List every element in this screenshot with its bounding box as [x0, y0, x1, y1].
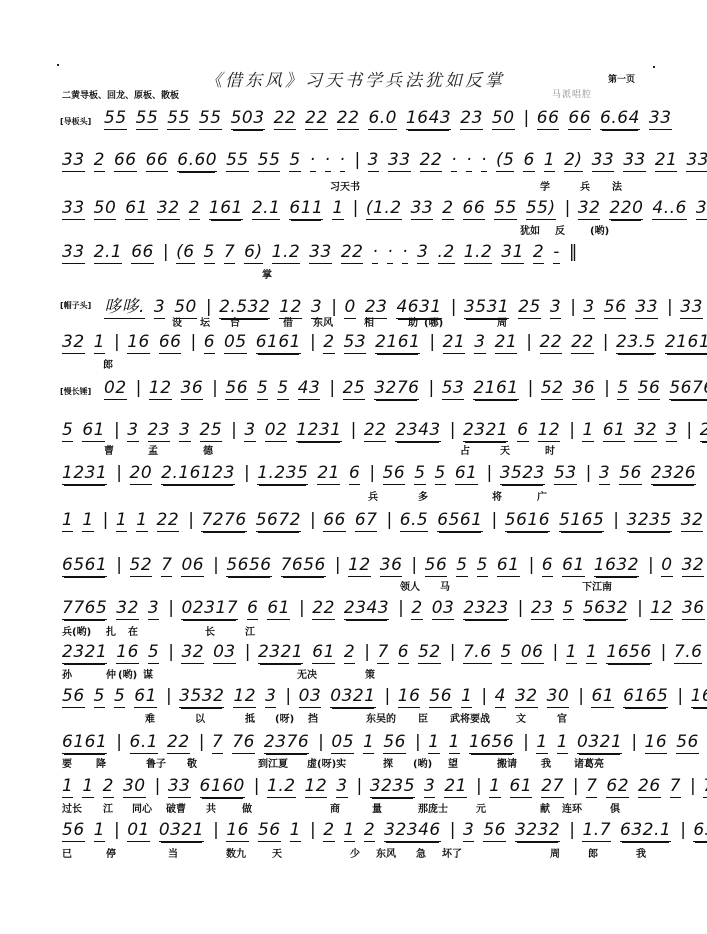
lyric-word: 那庞士: [418, 800, 448, 815]
note-group: 5: [94, 686, 105, 708]
barline: |: [103, 510, 109, 530]
note-group: 6160: [200, 776, 245, 798]
note-group: 3532: [179, 686, 224, 708]
lyric-line: 掌: [0, 266, 707, 282]
lyric-word: 坛: [200, 314, 210, 329]
barline: |: [318, 732, 324, 752]
lyric-word: 数九: [226, 845, 246, 860]
note-group: 6.0: [368, 108, 397, 130]
note-group: 2161: [375, 332, 420, 354]
page-number: 第一页: [608, 72, 635, 85]
lyric-word: 在: [128, 623, 138, 638]
note-group: 5672: [256, 510, 301, 532]
note-group: 12: [650, 598, 673, 620]
note-group: 1: [544, 150, 555, 172]
lyric-word: 郎: [588, 845, 598, 860]
note-group: 7765: [62, 598, 107, 620]
note-group: 1: [461, 686, 472, 708]
lyric-word: 诸葛亮: [574, 755, 604, 770]
note-group: 23: [148, 420, 171, 442]
barline: |: [492, 510, 498, 530]
note-group: 56: [258, 820, 281, 842]
note-group: 1: [449, 732, 460, 754]
barline: |: [569, 420, 575, 440]
note-group: 2): [564, 150, 582, 172]
note-group: 5165: [559, 510, 604, 532]
barline: |: [116, 555, 122, 575]
lyric-word: 习天书: [330, 178, 360, 193]
note-group: 3: [368, 150, 379, 172]
note-group: 03: [432, 598, 455, 620]
note-group: 32: [578, 198, 601, 220]
lyric-word: 敬: [187, 755, 197, 770]
note-group: 33: [592, 150, 615, 172]
note-group: 1: [582, 420, 593, 442]
note-group: 23.5: [616, 332, 656, 354]
note-group: 22: [540, 332, 563, 354]
lyric-line: 兵(哟)扎在长江: [0, 623, 707, 639]
barline: |: [168, 598, 174, 618]
barline: |: [553, 642, 559, 662]
note-group: 56: [225, 378, 248, 400]
note-group: 32: [634, 420, 657, 442]
note-group: 33: [62, 242, 85, 264]
note-group: 0321: [159, 820, 204, 842]
note-group: 27: [541, 776, 564, 798]
note-group: 2: [323, 332, 334, 354]
note-group: 1: [428, 732, 439, 754]
note-group: 16: [645, 732, 668, 754]
barline: |: [677, 686, 683, 706]
note-group: 02317: [181, 598, 238, 620]
note-group: 1: [116, 510, 127, 532]
note-group: 56: [619, 463, 642, 485]
lyric-line: 过长江同心破曹共做商量那庞士元献连环俱: [0, 800, 707, 816]
barline: |: [369, 463, 375, 483]
barline: |: [310, 332, 316, 352]
note-group: 1: [82, 776, 93, 798]
barline: |: [114, 820, 120, 840]
note-group: 7: [161, 555, 172, 577]
lyric-line: 犹如反(哟): [0, 222, 707, 238]
lyric-line: 已停当数九天少东风急坏了周郎我: [0, 845, 707, 861]
note-group: -: [553, 242, 560, 264]
lyric-word: (哪): [424, 314, 443, 329]
barline: |: [613, 510, 619, 530]
note-group: 32: [515, 686, 538, 708]
note-group: 1: [94, 332, 105, 354]
note-group: 76: [232, 732, 255, 754]
note-group: 30: [547, 686, 570, 708]
note-group: 0: [661, 555, 672, 577]
barline: |: [573, 776, 579, 796]
note-group: 56: [676, 732, 699, 754]
note-group: 6.64: [600, 108, 640, 130]
note-group: 55: [494, 198, 517, 220]
barline: |: [398, 598, 404, 618]
note-group: 7: [670, 776, 681, 798]
lyric-line: 设坛台借东风相助(哪)周: [0, 314, 707, 330]
note-group: ·: [387, 242, 393, 264]
barline: |: [604, 378, 610, 398]
note-group: 5616: [505, 510, 550, 532]
note-sequence: 332.166|(6576)1.23322···3.21.2312-‖: [62, 242, 650, 268]
lyric-line: 郎: [0, 356, 707, 372]
note-group: 53: [554, 463, 577, 485]
barline: |: [114, 420, 120, 440]
note-group: 7: [377, 642, 388, 664]
note-group: 56: [383, 463, 406, 485]
barline: |: [190, 332, 196, 352]
note-group: 53: [442, 378, 465, 400]
note-group: 3276: [374, 378, 419, 400]
note-group: 2323: [463, 598, 508, 620]
note-group: 25: [343, 378, 366, 400]
lyric-word: 虚(呀)实: [307, 755, 346, 770]
note-group: .2: [438, 242, 455, 264]
lyric-word: 探: [383, 755, 393, 770]
note-sequence: 565561|3532123|030321|16561|43230|616165…: [62, 686, 650, 712]
note-group: 33: [388, 150, 411, 172]
note-group: 2161: [665, 332, 707, 354]
barline: |: [212, 378, 218, 398]
note-group: 02: [104, 378, 127, 400]
note-group: 33: [309, 242, 332, 264]
note-sequence: 1231|202.16123|1.235216|565561|352353|35…: [62, 463, 650, 489]
lyric-word: 我: [636, 845, 646, 860]
note-group: 220: [609, 198, 643, 220]
note-sequence: 33266666.6055555···|33322···(5612)333321…: [62, 150, 650, 176]
note-group: 16: [226, 820, 249, 842]
note-group: 22: [420, 150, 443, 172]
note-group: 7.6: [674, 642, 703, 664]
note-group: 67: [355, 510, 378, 532]
lyric-word: 要: [62, 755, 72, 770]
note-group: 61: [125, 198, 148, 220]
note-group: 66: [463, 198, 486, 220]
note-group: 5: [204, 242, 215, 264]
lyric-line: 习天书学兵法: [0, 178, 707, 194]
note-group: 0321: [577, 732, 622, 754]
barline: |: [335, 555, 341, 575]
lyric-word: 俱: [610, 800, 620, 815]
note-group: 66: [146, 150, 169, 172]
note-group: 1612: [691, 686, 707, 708]
note-group: 61: [267, 598, 290, 620]
lyric-word: 掌: [262, 266, 272, 281]
note-group: 6: [204, 332, 215, 354]
lyric-word: 孟: [148, 442, 158, 457]
note-group: 2: [344, 642, 355, 664]
note-group: 1231: [62, 463, 107, 485]
note-group: 1: [94, 820, 105, 842]
note-group: 1: [489, 776, 500, 798]
note-group: 33: [686, 150, 707, 172]
note-group: 7: [586, 776, 597, 798]
lyric-word: 东风: [376, 845, 396, 860]
lyric-word: 江: [245, 623, 255, 638]
note-group: 22: [274, 108, 297, 130]
note-group: 6.5: [400, 510, 429, 532]
note-group: 22: [364, 420, 387, 442]
note-group: 5: [563, 598, 574, 620]
lyric-word: 学: [540, 178, 550, 193]
barline: |: [415, 732, 421, 752]
note-group: 2: [189, 198, 200, 220]
note-group: 03: [213, 642, 236, 664]
note-group: 12: [149, 378, 172, 400]
note-group: (5: [496, 150, 514, 172]
note-group: 1: [363, 732, 374, 754]
note-group: 22: [312, 598, 335, 620]
barline: |: [450, 420, 456, 440]
lyric-line: 领人马下江南: [0, 578, 707, 594]
lyric-word: 已: [62, 845, 72, 860]
note-group: 1: [62, 776, 73, 798]
lyric-word: 占: [460, 442, 470, 457]
note-group: 12: [348, 555, 371, 577]
lyric-word: 臣: [418, 710, 428, 725]
note-group: 50: [94, 198, 117, 220]
lyric-word: 周: [497, 314, 507, 329]
barline: |: [213, 555, 219, 575]
note-group: 1: [332, 198, 343, 220]
lyric-word: 官: [557, 710, 567, 725]
note-group: 6: [517, 420, 528, 442]
note-sequence: 2321165|3203|2321612|7652|7.6506|111656|…: [62, 642, 650, 668]
note-group: 55: [199, 108, 222, 130]
note-group: 7: [703, 776, 707, 798]
barline: |: [526, 332, 532, 352]
note-group: 12: [538, 420, 561, 442]
note-group: 2: [103, 776, 114, 798]
lyric-word: 领人: [400, 578, 420, 593]
lyric-word: 挡: [308, 710, 318, 725]
sheet-header: 《借东风》习天书学兵法犹如反掌 二黄导板、回龙、原板、散板 第一页 马派唱腔: [0, 60, 707, 110]
lyric-word: 犹如: [520, 222, 540, 237]
lyric-word: 武将要战: [450, 710, 490, 725]
note-group: 36: [682, 598, 705, 620]
note-group: 2321: [258, 642, 303, 664]
note-group: ·: [451, 150, 457, 172]
note-group: 55: [258, 150, 281, 172]
note-group: 66: [114, 150, 137, 172]
note-group: 1: [557, 732, 568, 754]
barline: |: [686, 420, 692, 440]
note-group: 32346: [384, 820, 441, 842]
barline: |: [481, 686, 487, 706]
lyric-word: 下江南: [582, 578, 612, 593]
note-group: 33: [411, 198, 434, 220]
note-group: 3: [244, 420, 255, 442]
barline: |: [351, 420, 357, 440]
note-group: 16: [398, 686, 421, 708]
note-group: 22: [571, 332, 594, 354]
note-group: 6: [398, 642, 409, 664]
note-group: ·: [402, 242, 408, 264]
note-sequence: 321|1666|6056161|2532161|21321|2222|23.5…: [62, 332, 650, 358]
note-group: 22: [167, 732, 190, 754]
lyric-word: 仲: [106, 666, 116, 681]
barline: |: [690, 776, 696, 796]
note-group: (6: [176, 242, 194, 264]
section-marker: [帽子头]: [60, 300, 91, 311]
note-group: 36: [181, 378, 204, 400]
note-group: 21: [444, 776, 467, 798]
note-group: 23: [460, 108, 483, 130]
note-group: 61: [603, 420, 626, 442]
lyric-word: 将: [492, 488, 502, 503]
note-group: 22: [337, 108, 360, 130]
note-group: 632.1: [620, 820, 671, 842]
barline: |: [565, 198, 571, 218]
lyric-word: 借: [283, 314, 293, 329]
note-group: 5: [148, 642, 159, 664]
note-group: 56: [429, 686, 452, 708]
note-group: 55: [104, 108, 127, 130]
lyric-word: 做: [242, 800, 252, 815]
note-group: 6: [349, 463, 360, 485]
barline: |: [213, 820, 219, 840]
barline: |: [586, 463, 592, 483]
note-group: 61: [510, 776, 533, 798]
note-group: 61: [562, 555, 585, 577]
note-group: 52: [418, 642, 441, 664]
lyric-word: 量: [372, 800, 382, 815]
lyric-line: 难以抵(呀)挡东吴的臣武将要战文官: [0, 710, 707, 726]
section-marker: [导板头]: [60, 116, 91, 127]
song-title: 《借东风》习天书学兵法犹如反掌: [205, 66, 505, 91]
note-group: 5: [501, 642, 512, 664]
note-group: 2343: [344, 598, 389, 620]
lyric-word: 谋: [143, 666, 153, 681]
lyric-word: 助: [408, 314, 418, 329]
lyric-word: 望: [448, 755, 458, 770]
note-group: 4..6: [652, 198, 686, 220]
note-group: 5: [277, 378, 288, 400]
lyric-word: 郎: [103, 356, 113, 371]
note-group: 2: [364, 820, 375, 842]
note-group: 161: [209, 198, 243, 220]
note-group: 5: [435, 463, 446, 485]
note-group: 0321: [330, 686, 375, 708]
note-group: 33: [623, 150, 646, 172]
lyric-word: 无决: [297, 666, 317, 681]
note-group: (1.2: [366, 198, 402, 220]
note-group: 1: [536, 732, 547, 754]
note-group: 05: [224, 332, 247, 354]
barline: |: [450, 642, 456, 662]
note-group: 56: [425, 555, 448, 577]
barline: |: [603, 332, 609, 352]
note-group: 6561: [437, 510, 482, 532]
note-group: 36: [572, 378, 595, 400]
note-group: 611: [289, 198, 323, 220]
note-group: ·: [372, 242, 378, 264]
section-marker: [慢长锤]: [60, 386, 91, 397]
note-group: 2.1: [252, 198, 281, 220]
lyric-word: 急: [416, 845, 426, 860]
note-sequence: 555555555032222226.016432350|66666.6433: [104, 108, 650, 134]
note-group: 6.60: [177, 150, 217, 172]
lyric-word: 鲁子: [146, 755, 166, 770]
note-group: 1: [566, 642, 577, 664]
lyric-word: 东风: [313, 314, 333, 329]
barline: |: [245, 642, 251, 662]
barline: |: [299, 598, 305, 618]
lyric-line: 兵多将广: [0, 488, 707, 504]
barline: |: [329, 378, 335, 398]
lyric-word: 文: [516, 710, 526, 725]
note-group: 23: [531, 598, 554, 620]
lyric-word: 天: [272, 845, 282, 860]
lyric-word: 相: [364, 314, 374, 329]
lyric-word: 商: [330, 800, 340, 815]
note-group: 22: [341, 242, 364, 264]
note-group: 05: [331, 732, 354, 754]
lyric-word: (哟): [413, 755, 432, 770]
lyric-word: 搬请: [497, 755, 517, 770]
tempo-sections: 二黄导板、回龙、原板、散板: [62, 88, 179, 101]
barline: |: [661, 642, 667, 662]
note-group: 503: [231, 108, 265, 130]
lyric-word: (哟): [118, 666, 137, 681]
note-group: 55: [136, 108, 159, 130]
lyric-word: 多: [418, 488, 428, 503]
note-group: 61: [312, 642, 335, 664]
note-group: 21: [317, 463, 340, 485]
note-group: ·: [325, 150, 331, 172]
note-group: ·: [340, 150, 346, 172]
note-group: 5632: [583, 598, 628, 620]
lyric-word: 抵: [245, 710, 255, 725]
lyric-word: 长: [205, 623, 215, 638]
note-group: 20: [130, 463, 153, 485]
note-group: 7: [212, 732, 223, 754]
lyric-word: 过长: [62, 800, 82, 815]
note-group: 6561: [693, 820, 707, 842]
barline: |: [310, 820, 316, 840]
note-group: 2: [442, 198, 453, 220]
lyric-word: 停: [106, 845, 116, 860]
barline: |: [166, 686, 172, 706]
note-group: 6): [244, 242, 262, 264]
lyric-word: 兵(哟): [62, 623, 91, 638]
note-group: 56: [483, 820, 506, 842]
note-group: ·: [481, 150, 487, 172]
note-group: 3: [424, 776, 435, 798]
note-group: 1.2: [267, 776, 296, 798]
note-group: 2161: [473, 378, 518, 400]
note-group: 3: [336, 776, 347, 798]
note-group: 3: [599, 463, 610, 485]
note-group: 61: [82, 420, 105, 442]
note-group: 5: [257, 378, 268, 400]
barline: |: [524, 108, 530, 128]
note-group: 55: [226, 150, 249, 172]
note-group: 66: [568, 108, 591, 130]
lyric-word: 到江夏: [258, 755, 288, 770]
barline: ‖: [569, 242, 578, 262]
note-group: 55: [167, 108, 190, 130]
note-group: 3: [265, 686, 276, 708]
lyric-word: 反: [555, 222, 565, 237]
lyric-word: (呀): [275, 710, 294, 725]
note-group: 52: [541, 378, 564, 400]
lyric-line: 曹孟德占天时: [0, 442, 707, 458]
lyric-word: 降: [96, 755, 106, 770]
barline: |: [114, 332, 120, 352]
